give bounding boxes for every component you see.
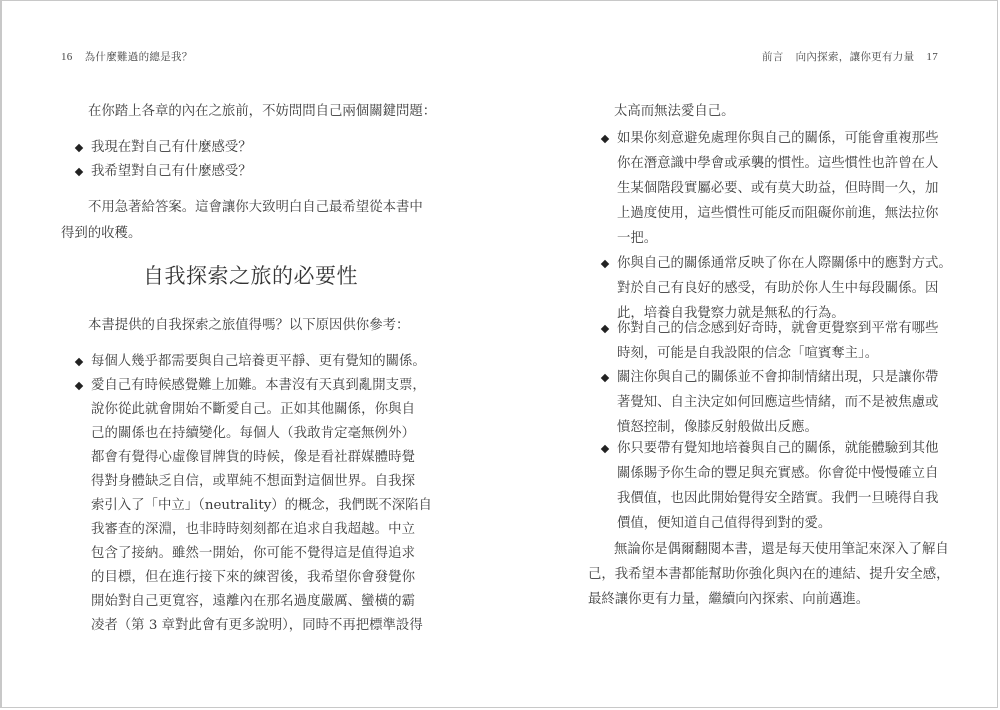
right-bullet-4-line: 關注你與自己的關係並不會抑制情緒出現，只是讓你帶 (617, 369, 938, 387)
diamond-bullet-icon (75, 168, 83, 176)
diamond-bullet-icon (601, 260, 609, 268)
diamond-bullet-icon (75, 382, 83, 390)
bullet-2-line: 得對身體缺乏自信，或單純不想面對這個世界。自我探 (91, 473, 415, 491)
right-bullet-1-line: 如果你刻意避免處理你與自己的關係，可能會重複那些 (617, 130, 938, 148)
diamond-bullet-icon (75, 358, 83, 366)
right-running-head: 前言向內探索，讓你更有力量17 (762, 49, 938, 64)
section-heading: 自我探索之旅的必要性 (143, 263, 358, 289)
right-bullet-5-line: 我價值，也因此開始覺得安全踏實。我們一旦曉得自我 (617, 490, 938, 508)
bullet-2-line: 索引入了「中立」（neutrality）的概念，我們既不深陷自 (91, 497, 415, 515)
continued-line: 太高而無法愛自己。 (614, 103, 938, 121)
left-running-head: 16為什麼難過的總是我？ (61, 49, 193, 64)
advice-line-1: 不用急著給答案。這會讓你大致明白自己最希望從本書中 (88, 199, 415, 217)
right-bullet-1-line: 上過度使用，這些慣性可能反而阻礙你前進，無法拉你 (617, 205, 938, 223)
bullet-2-line: 凌者（第 3 章對此會有更多說明），同時不再把標準設得 (91, 617, 415, 635)
right-bullet-4-line: 著覺知、自主決定如何回應這些情緒，而不是被焦慮或 (617, 394, 938, 412)
advice-line-2: 得到的收穫。 (61, 225, 415, 243)
right-bullet-5-line: 你只要帶有覺知地培養與自己的關係，就能體驗到其他 (617, 440, 938, 458)
right-bullet-4-line: 憤怒控制，像膝反射般做出反應。 (617, 419, 938, 437)
diamond-bullet-icon (601, 325, 609, 333)
closing-line: 己，我希望本書都能幫助你強化與內在的連結、提升安全感， (588, 566, 938, 584)
right-bullet-1-line: 生某個階段實屬必要、或有莫大助益，但時間一久，加 (617, 180, 938, 198)
closing-line: 無論你是偶爾翻閱本書，還是每天使用筆記來深入了解自 (614, 541, 938, 559)
right-bullet-5-line: 關係賜予你生命的豐足與充實感。你會從中慢慢確立自 (617, 465, 938, 483)
diamond-bullet-icon (75, 144, 83, 152)
right-bullet-2-line: 對於自己有良好的感受，有助於你人生中每段關係。因 (617, 280, 938, 298)
bullet-2-line: 說你從此就會開始不斷愛自己。正如其他關係，你與自 (91, 401, 415, 419)
bullet-2-line: 都會有覺得心虛像冒牌貨的時候，像是看社群媒體時覺 (91, 449, 415, 467)
chapter-label-header: 前言 (762, 51, 784, 63)
right-bullet-2-line: 你與自己的關係通常反映了你在人際關係中的應對方式。 (617, 255, 944, 273)
book-spread: 16為什麼難過的總是我？ 在你踏上各章的內在之旅前，不妨問問自己兩個關鍵問題： … (0, 0, 1000, 710)
book-title-header: 為什麼難過的總是我？ (85, 51, 193, 63)
right-bullet-5-line: 價值，便知道自己值得得到對的愛。 (617, 515, 938, 533)
question-2: 我希望對自己有什麼感受？ (91, 163, 251, 181)
diamond-bullet-icon (601, 135, 609, 143)
right-bullet-3-line: 時刻，可能是自我設限的信念「喧賓奪主」。 (617, 345, 938, 363)
right-page: 前言向內探索，讓你更有力量17 太高而無法愛自己。 如果你刻意避免處理你與自己的… (500, 0, 1000, 710)
bullet-2-line: 愛自己有時候感覺難上加難。本書沒有天真到亂開支票， (91, 377, 415, 395)
intro-line: 在你踏上各章的內在之旅前，不妨問問自己兩個關鍵問題： (88, 103, 415, 121)
right-bullet-1-line: 一把。 (617, 230, 938, 248)
page-number-right: 17 (926, 51, 938, 63)
bullet-1: 每個人幾乎都需要與自己培養更平靜、更有覺知的關係。 (91, 353, 415, 371)
diamond-bullet-icon (601, 445, 609, 453)
closing-line: 最終讓你更有力量，繼續向內探索、向前邁進。 (588, 591, 938, 609)
diamond-bullet-icon (601, 374, 609, 382)
right-bullet-3-line: 你對自己的信念感到好奇時，就會更覺察到平常有哪些 (617, 320, 938, 338)
bullet-2-line: 己的關係也在持續變化。每個人（我敢肯定毫無例外） (91, 425, 415, 443)
bullet-2-line: 包含了接納。雖然一開始，你可能不覺得這是值得追求 (91, 545, 415, 563)
right-bullet-1-line: 你在潛意識中學會或承襲的慣性。這些慣性也許曾在人 (617, 155, 938, 173)
bullet-2-line: 開始對自己更寬容，遠離內在那名過度嚴厲、蠻橫的霸 (91, 593, 415, 611)
bullet-2-line: 我審查的深淵，也非時時刻刻都在追求自我超越。中立 (91, 521, 415, 539)
section-intro: 本書提供的自我探索之旅值得嗎？以下原因供你參考： (88, 317, 415, 335)
question-1: 我現在對自己有什麼感受？ (91, 139, 251, 157)
chapter-title-header: 向內探索，讓你更有力量 (796, 51, 915, 63)
page-number-left: 16 (61, 51, 73, 63)
bullet-2-line: 的目標，但在進行接下來的練習後，我希望你會發覺你 (91, 569, 415, 587)
left-page: 16為什麼難過的總是我？ 在你踏上各章的內在之旅前，不妨問問自己兩個關鍵問題： … (0, 0, 500, 710)
